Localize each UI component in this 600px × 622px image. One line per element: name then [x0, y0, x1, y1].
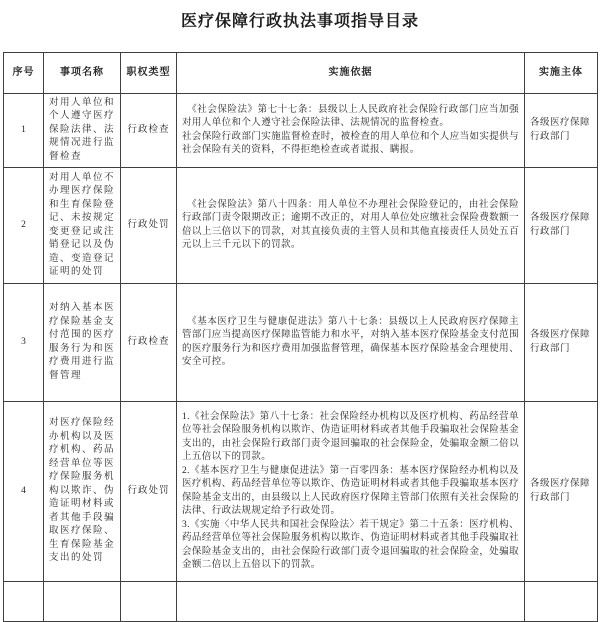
row-number: 2: [4, 168, 44, 284]
table-row-partial: [4, 582, 598, 594]
legal-basis-paragraph: 《基本医疗卫生与健康促进法》第八十七条：县级以上人民政府医疗保障主管部门应当提高…: [182, 316, 519, 370]
authority-type: 行政检查: [121, 94, 177, 168]
legal-basis: 《社会保险法》第八十四条：用人单位不办理社会保险登记的，由社会保险行政部门责令限…: [177, 168, 525, 284]
header-cell-type: 职权类型: [121, 53, 177, 94]
legal-basis-paragraph: 《社会保险法》第七十七条：县级以上人民政府社会保险行政部门应当加强对用人单位和个…: [182, 104, 519, 131]
table-header-row: 序号 事项名称 职权类型 实施依据 实施主体: [4, 53, 598, 94]
item-name: 对用人单位不办理医疗保险和生育保险登记、未按规定变更登记或注销登记以及伪造、变造…: [44, 168, 121, 284]
implement-subject: 各级医疗保障行政部门: [525, 402, 598, 582]
item-name: 对用人单位和个人遵守医疗保险法律、法规情况进行监督检查: [44, 94, 121, 168]
header-cell-subject: 实施主体: [525, 53, 598, 94]
legal-basis-paragraph: 1.《社会保险法》第八十七条：社会保险经办机构以及医疗机构、药品经营单位等社会保…: [182, 411, 519, 465]
item-name: 对医疗保险经办机构以及医疗机构、药品经营单位等医疗保险服务机构以欺诈、伪造证明材…: [44, 402, 121, 582]
implement-subject: [525, 582, 598, 594]
authority-type: [121, 582, 177, 594]
item-name: 对纳入基本医疗保险基金支付范围的医疗服务行为和医疗费用进行监督管理: [44, 284, 121, 402]
directory-table: 序号 事项名称 职权类型 实施依据 实施主体 1 对用人单位和个人遵守医疗保险法…: [3, 52, 598, 593]
header-cell-name: 事项名称: [44, 53, 121, 94]
implement-subject: 各级医疗保障行政部门: [525, 168, 598, 284]
legal-basis-paragraph: 3.《实施〈中华人民共和国社会保险法〉若干规定》第二十五条：医疗机构、药品经营单…: [182, 519, 519, 573]
header-cell-no: 序号: [4, 53, 44, 94]
item-name: [44, 582, 121, 594]
table-row: 4 对医疗保险经办机构以及医疗机构、药品经营单位等医疗保险服务机构以欺诈、伪造证…: [4, 402, 598, 582]
page-title: 医疗保障行政执法事项指导目录: [0, 0, 600, 44]
table-row: 2 对用人单位不办理医疗保险和生育保险登记、未按规定变更登记或注销登记以及伪造、…: [4, 168, 598, 284]
implement-subject: 各级医疗保障行政部门: [525, 94, 598, 168]
authority-type: 行政处罚: [121, 402, 177, 582]
legal-basis: 1.《社会保险法》第八十七条：社会保险经办机构以及医疗机构、药品经营单位等社会保…: [177, 402, 525, 582]
row-number: 3: [4, 284, 44, 402]
legal-basis-paragraph: 《社会保险法》第八十四条：用人单位不办理社会保险登记的，由社会保险行政部门责令限…: [182, 199, 519, 253]
legal-basis-paragraph: 2.《基本医疗卫生与健康促进法》第一百零四条：基本医疗保险经办机构以及医疗机构、…: [182, 465, 519, 519]
authority-type: 行政检查: [121, 284, 177, 402]
legal-basis-paragraph: 社会保险行政部门实施监督检查时，被检查的用人单位和个人应当如实提供与社会保险有关…: [182, 131, 519, 158]
legal-basis: [177, 582, 525, 594]
row-number: [4, 582, 44, 594]
authority-type: 行政处罚: [121, 168, 177, 284]
legal-basis: 《基本医疗卫生与健康促进法》第八十七条：县级以上人民政府医疗保障主管部门应当提高…: [177, 284, 525, 402]
header-cell-basis: 实施依据: [177, 53, 525, 94]
row-number: 4: [4, 402, 44, 582]
implement-subject: 各级医疗保障行政部门: [525, 284, 598, 402]
table-row: 3 对纳入基本医疗保险基金支付范围的医疗服务行为和医疗费用进行监督管理 行政检查…: [4, 284, 598, 402]
table-row: 1 对用人单位和个人遵守医疗保险法律、法规情况进行监督检查 行政检查 《社会保险…: [4, 94, 598, 168]
legal-basis: 《社会保险法》第七十七条：县级以上人民政府社会保险行政部门应当加强对用人单位和个…: [177, 94, 525, 168]
row-number: 1: [4, 94, 44, 168]
